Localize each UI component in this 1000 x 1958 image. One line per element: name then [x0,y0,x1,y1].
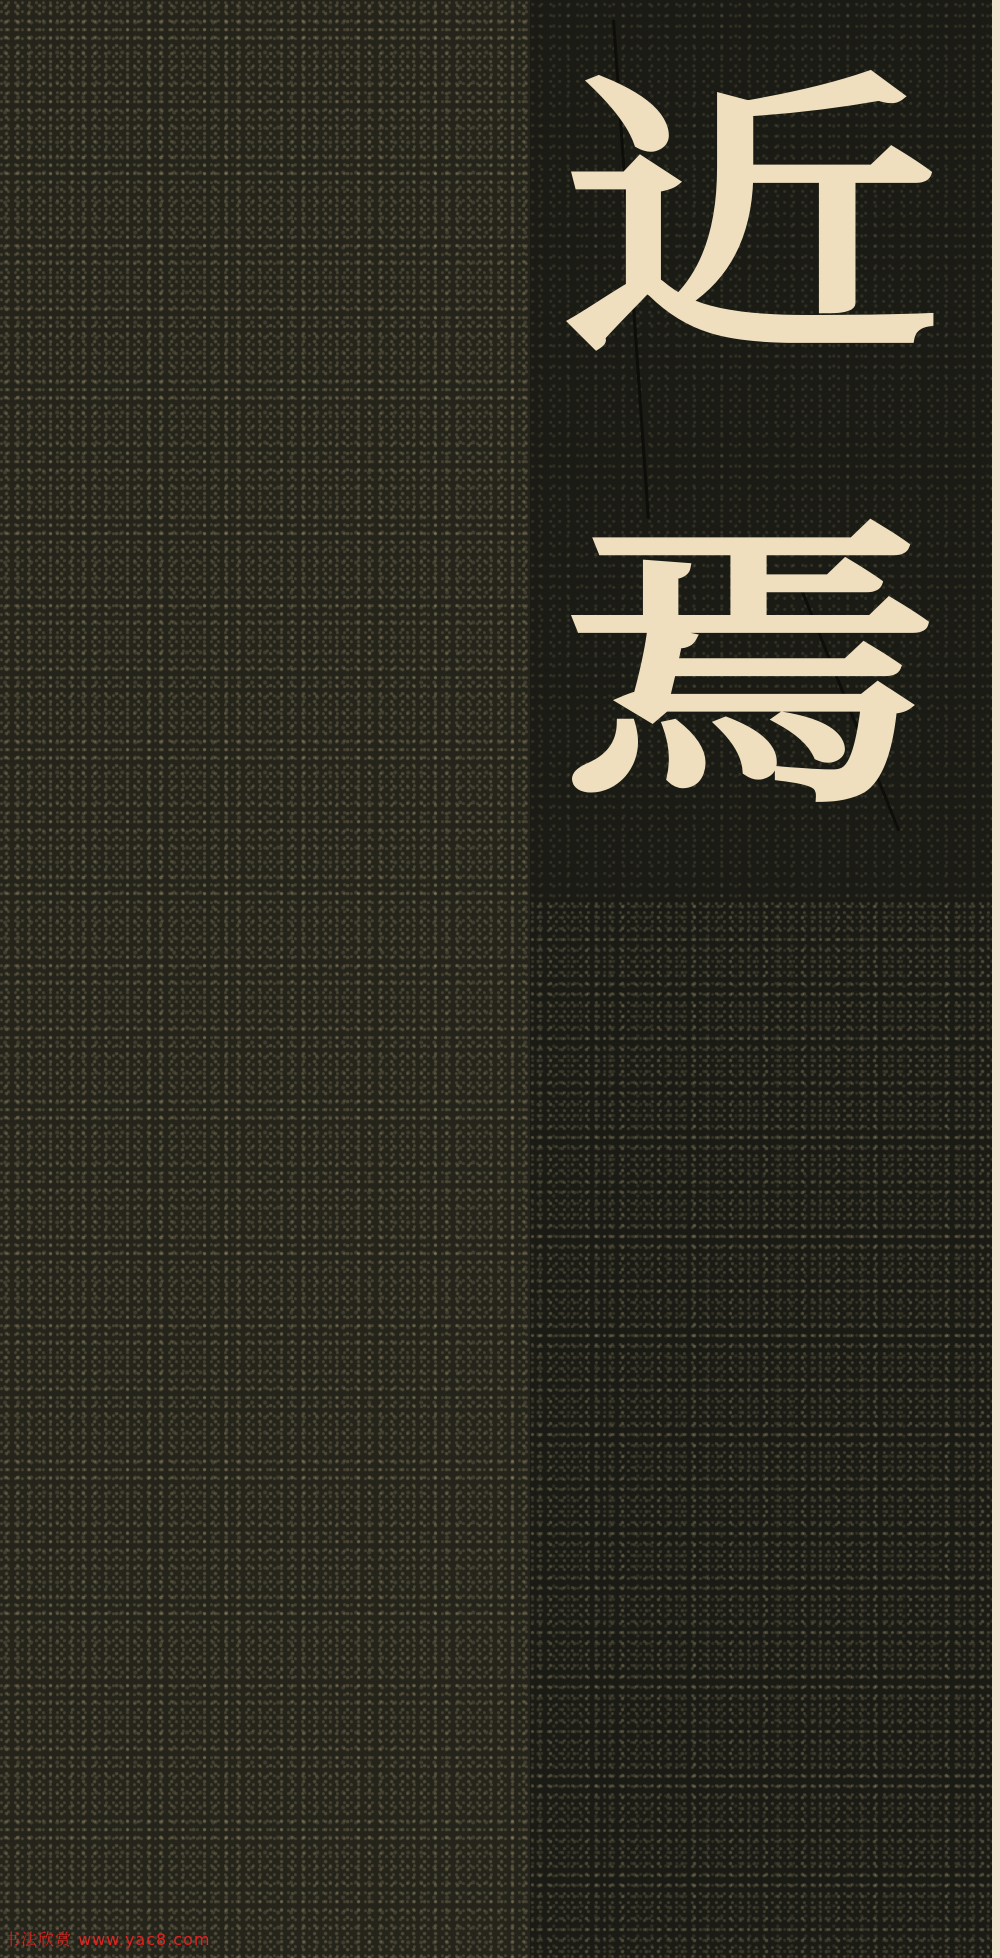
rubbing-surface: 近 焉 [0,0,992,1958]
calligraphy-character: 焉 [540,522,960,818]
paper-edge [992,0,1000,1958]
calligraphy-character: 近 [540,72,960,368]
watermark: 书法欣赏 www.yac8.com [4,1927,210,1950]
rubbing-texture [530,900,992,1958]
rubbing-left-column [0,0,530,1958]
